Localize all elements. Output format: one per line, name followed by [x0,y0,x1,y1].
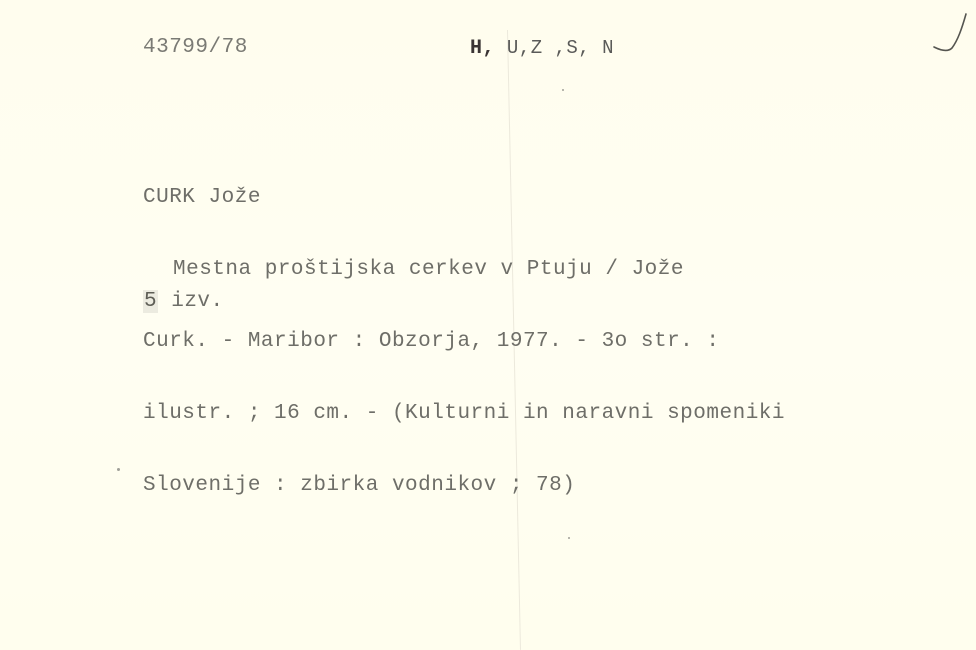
accession-number: 43799/78 [143,36,248,60]
location-codes: H, U,Z ,S, N [470,36,614,61]
title-line: Mestna proštijska cerkev v Ptuju / Jože [143,258,785,282]
bibliographic-entry: CURK Jože Mestna proštijska cerkev v Ptu… [143,138,785,546]
location-codes-others: U,Z ,S, N [495,37,614,59]
location-code-primary: H, [470,37,495,60]
paper-speck [568,537,570,539]
copies-label: izv. [158,290,224,313]
author-heading: CURK Jože [143,186,785,210]
paper-speck [562,89,564,91]
series-line: Slovenije : zbirka vodnikov ; 78) [143,474,785,498]
copies-number: 5 [143,290,158,313]
physical-description-line: ilustr. ; 16 cm. - (Kulturni in naravni … [143,402,785,426]
copies-count: 5 izv. [143,290,224,314]
paper-speck [117,468,120,471]
publication-line: Curk. - Maribor : Obzorja, 1977. - 3o st… [143,330,785,354]
catalog-card: 43799/78 H, U,Z ,S, N CURK Jože Mestna p… [0,0,976,650]
check-mark-icon [932,10,972,60]
